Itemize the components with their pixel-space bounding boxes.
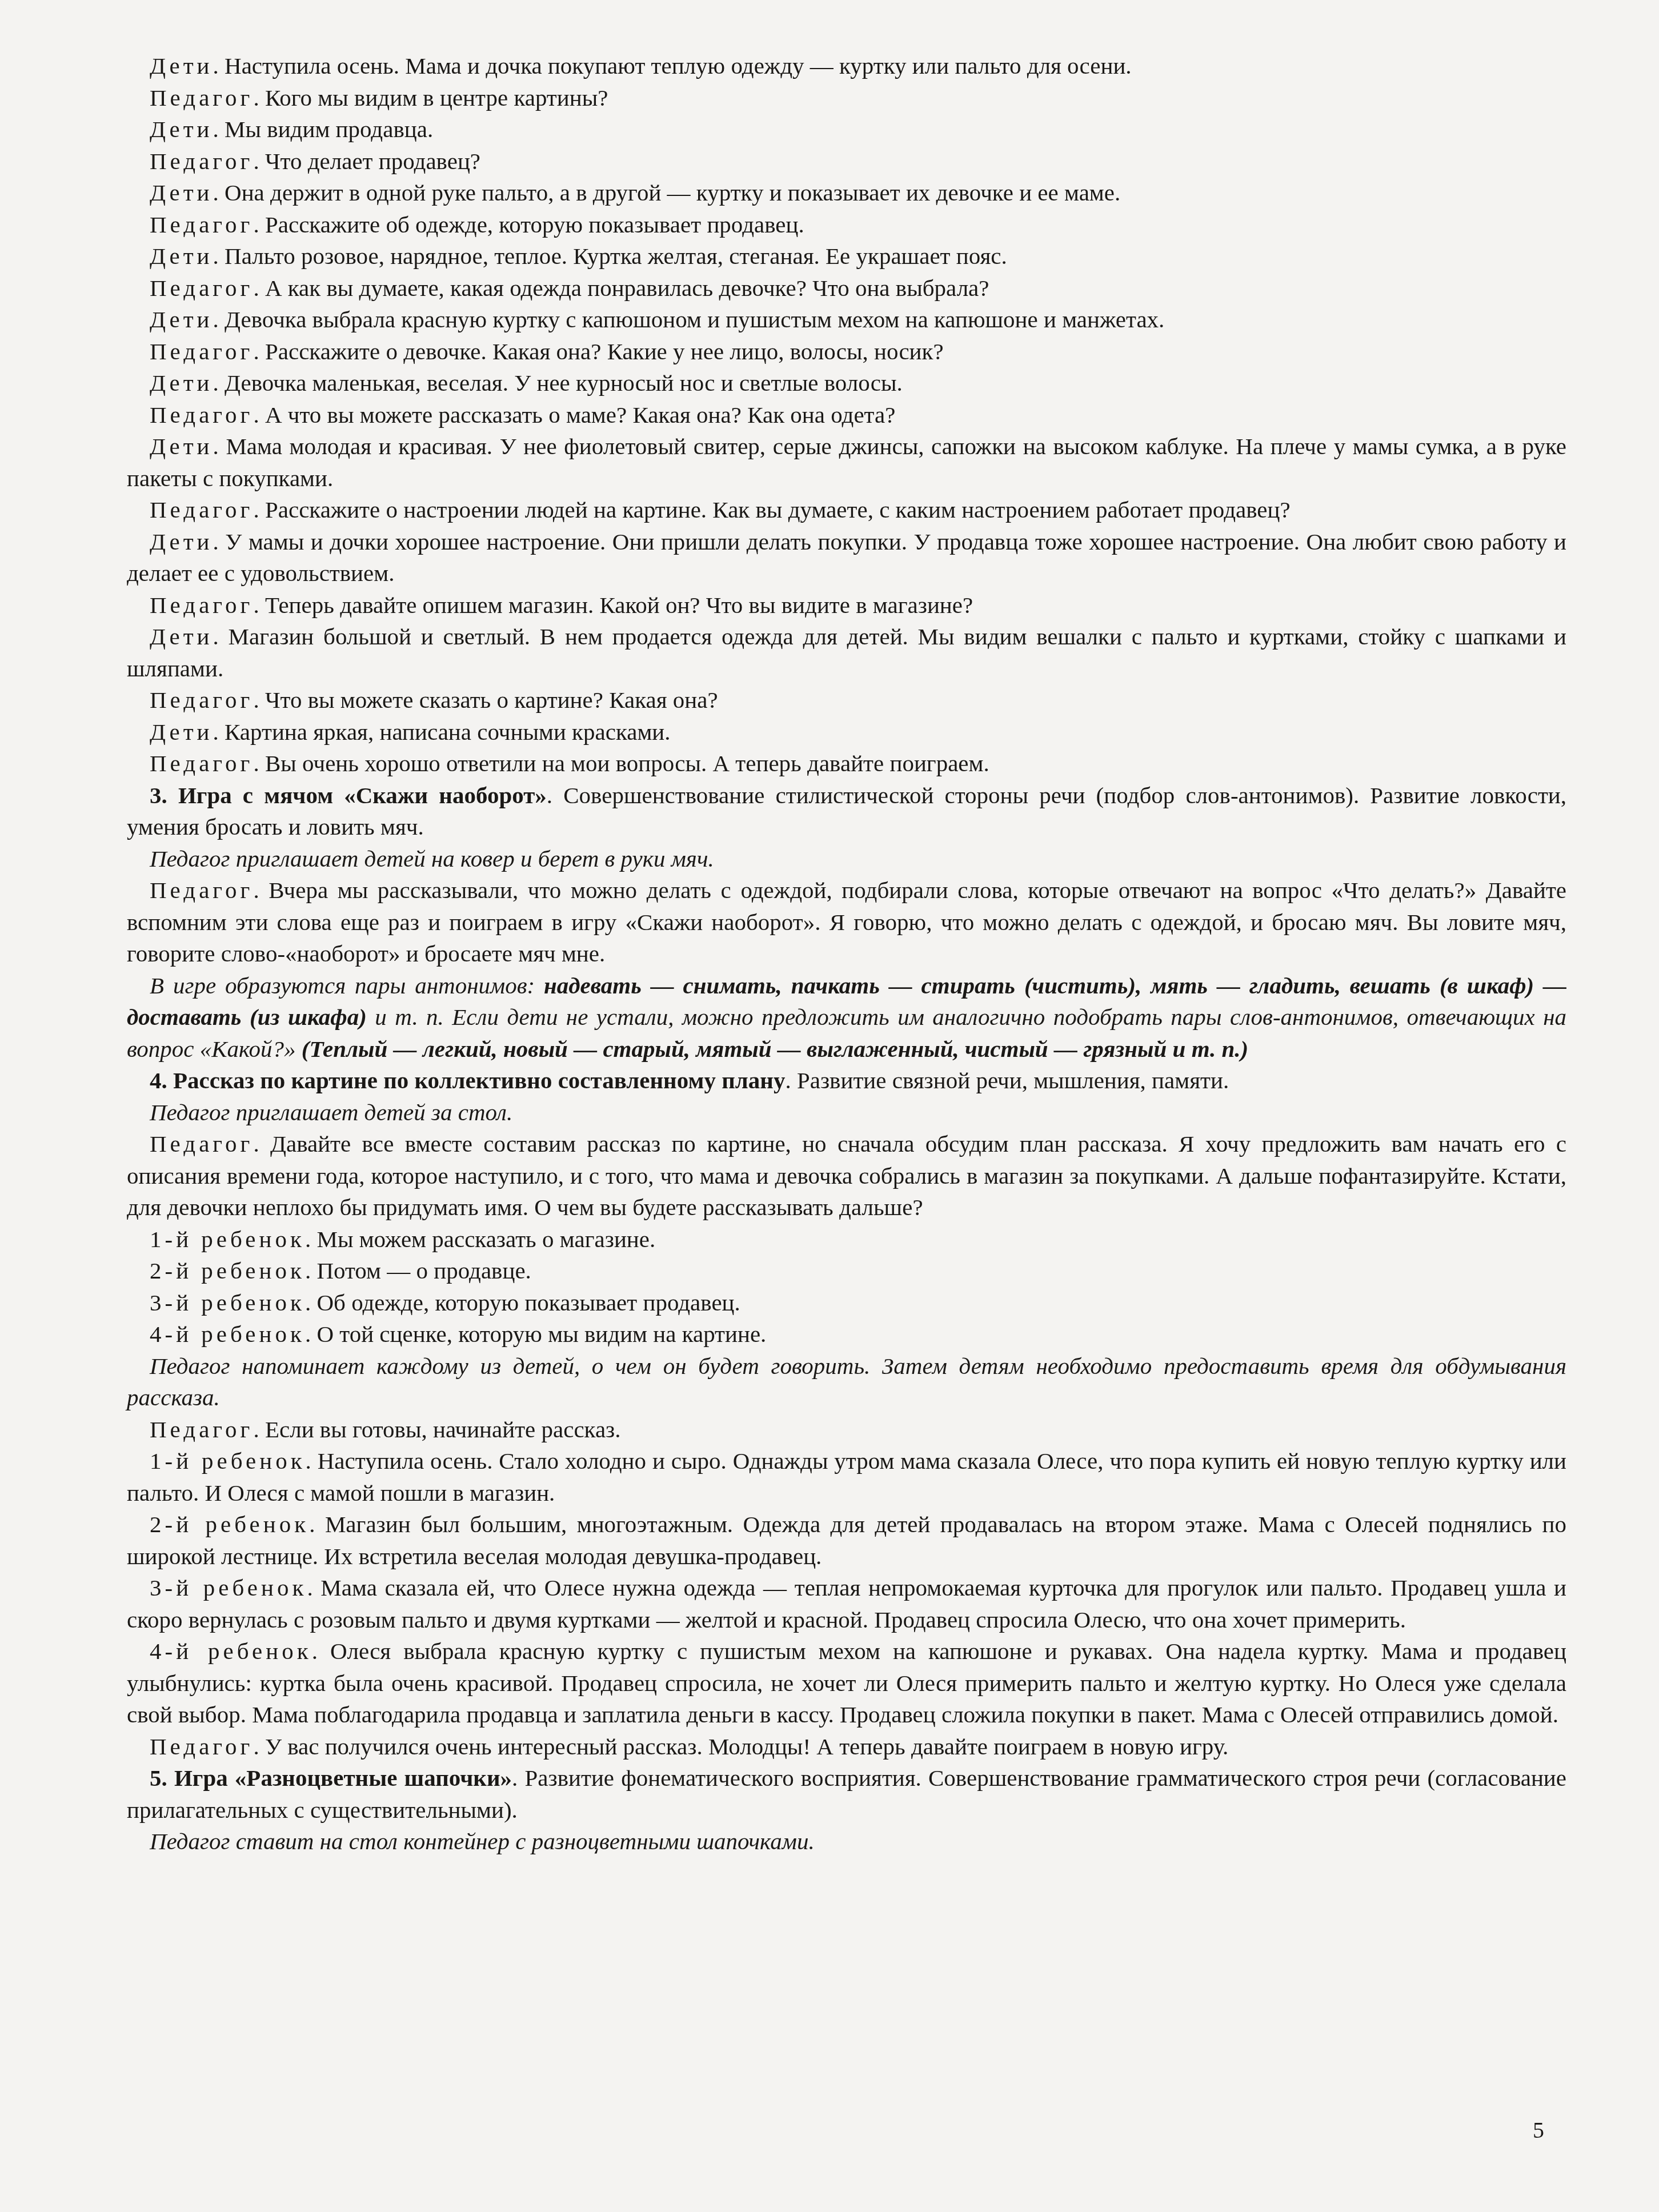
dialogue-line: Дети. Девочка выбрала красную куртку с к…	[127, 304, 1566, 336]
speaker: Дети	[150, 528, 213, 555]
speaker: 2-й ребенок	[150, 1511, 309, 1537]
dialogue-line: Педагог. Что делает продавец?	[127, 146, 1566, 178]
section-heading: 4. Рассказ по картине по коллективно сос…	[150, 1067, 785, 1093]
speaker: Дети	[150, 719, 213, 745]
speaker: 4-й ребенок	[150, 1321, 305, 1347]
speaker: Дети	[150, 53, 213, 79]
speaker: Педагог	[150, 338, 253, 364]
speaker: 2-й ребенок	[150, 1257, 305, 1284]
stage-note: Педагог напоминает каждому из детей, о ч…	[127, 1351, 1566, 1414]
dialogue-line: Дети. Картина яркая, написана сочными кр…	[127, 716, 1566, 748]
dialogue-line: Педагог. У вас получился очень интересны…	[127, 1731, 1566, 1763]
speaker: Дети	[150, 370, 213, 396]
stage-note: Педагог ставит на стол контейнер с разно…	[127, 1826, 1566, 1858]
plan-line: 3-й ребенок. Об одежде, которую показыва…	[127, 1287, 1566, 1319]
section-5: 5. Игра «Разноцветные шапочки». Развитие…	[127, 1762, 1566, 1826]
dialogue-line: Педагог. Кого мы видим в центре картины?	[127, 82, 1566, 114]
section-heading: 3. Игра с мячом «Скажи наоборот»	[150, 782, 547, 808]
stage-note: Педагог приглашает детей за стол.	[127, 1097, 1566, 1129]
plan-line: 1-й ребенок. Мы можем рассказать о магаз…	[127, 1224, 1566, 1256]
speaker: Педагог	[150, 877, 253, 903]
dialogue-line: Педагог. А что вы можете рассказать о ма…	[127, 399, 1566, 431]
story-line: 4-й ребенок. Олеся выбрала красную куртк…	[127, 1636, 1566, 1731]
speaker: Дети	[150, 433, 213, 459]
dialogue-line: Дети. Пальто розовое, нарядное, теплое. …	[127, 241, 1566, 273]
speaker: Педагог	[150, 592, 253, 618]
dialogue-line: Дети. Она держит в одной руке пальто, а …	[127, 177, 1566, 209]
stage-note: Педагог приглашает детей на ковер и бере…	[127, 843, 1566, 875]
dialogue-line: Педагог. Вы очень хорошо ответили на мои…	[127, 748, 1566, 780]
antonyms-note: В игре образуются пары антонимов: надева…	[127, 970, 1566, 1065]
plan-line: 4-й ребенок. О той сценке, которую мы ви…	[127, 1319, 1566, 1351]
speaker: Педагог	[150, 1733, 253, 1760]
speaker: 4-й ребенок	[150, 1638, 312, 1664]
speaker: Педагог	[150, 275, 253, 301]
dialogue-line: Педагог. Теперь давайте опишем магазин. …	[127, 590, 1566, 622]
dialogue-line: Дети. Девочка маленькая, веселая. У нее …	[127, 367, 1566, 399]
dialogue-line: Дети. Мама молодая и красивая. У нее фио…	[127, 431, 1566, 494]
speaker: Дети	[150, 306, 213, 332]
speaker: Дети	[150, 243, 213, 269]
speaker: 1-й ребенок	[150, 1448, 306, 1474]
speaker: Дети	[150, 179, 213, 206]
dialogue-line: Дети. У мамы и дочки хорошее настроение.…	[127, 526, 1566, 590]
dialogue-line: Педагог. Расскажите об одежде, которую п…	[127, 209, 1566, 241]
page-number: 5	[1533, 2117, 1544, 2143]
speaker: 3-й ребенок	[150, 1574, 307, 1601]
speaker: Дети	[150, 623, 213, 650]
speaker: Педагог	[150, 750, 253, 776]
speaker: Дети	[150, 116, 213, 142]
dialogue-line: Педагог. Давайте все вместе составим рас…	[127, 1128, 1566, 1224]
section-4: 4. Рассказ по картине по коллективно сос…	[127, 1065, 1566, 1097]
dialogue-line: Педагог. Если вы готовы, начинайте расск…	[127, 1414, 1566, 1446]
dialogue-line: Педагог. Расскажите о девочке. Какая она…	[127, 336, 1566, 368]
dialogue-line: Педагог. Что вы можете сказать о картине…	[127, 684, 1566, 716]
speaker: Педагог	[150, 148, 253, 174]
section-heading: 5. Игра «Разноцветные шапочки»	[150, 1765, 512, 1791]
speaker: 3-й ребенок	[150, 1289, 305, 1316]
section-3: 3. Игра с мячом «Скажи наоборот». Соверш…	[127, 780, 1566, 843]
speaker: 1-й ребенок	[150, 1226, 305, 1252]
speaker: Педагог	[150, 1416, 253, 1442]
speaker: Педагог	[150, 211, 253, 238]
dialogue-line: Дети. Наступила осень. Мама и дочка поку…	[127, 50, 1566, 82]
page-body: Дети. Наступила осень. Мама и дочка поку…	[127, 50, 1566, 1858]
dialogue-line: Педагог. Вчера мы рассказывали, что можн…	[127, 875, 1566, 970]
dialogue-line: Педагог. А как вы думаете, какая одежда …	[127, 273, 1566, 304]
story-line: 1-й ребенок. Наступила осень. Стало холо…	[127, 1445, 1566, 1509]
speaker: Педагог	[150, 496, 253, 523]
speaker: Педагог	[150, 687, 253, 713]
speaker: Педагог	[150, 1131, 253, 1157]
story-line: 3-й ребенок. Мама сказала ей, что Олесе …	[127, 1572, 1566, 1636]
dialogue-line: Педагог. Расскажите о настроении людей н…	[127, 494, 1566, 526]
story-line: 2-й ребенок. Магазин был большим, многоэ…	[127, 1509, 1566, 1572]
speaker: Педагог	[150, 402, 253, 428]
speaker: Педагог	[150, 85, 253, 111]
dialogue-line: Дети. Магазин большой и светлый. В нем п…	[127, 621, 1566, 684]
dialogue-line: Дети. Мы видим продавца.	[127, 114, 1566, 146]
plan-line: 2-й ребенок. Потом — о продавце.	[127, 1255, 1566, 1287]
